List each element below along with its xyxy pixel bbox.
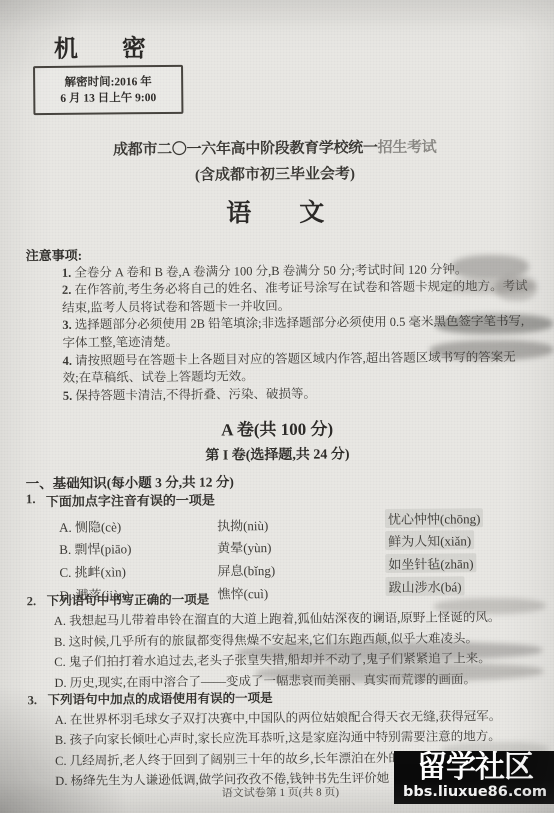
option-cell: 执拗(niù) (217, 514, 385, 534)
exam-title-main: 成都市二〇一六年高中阶段教育学校统一 (113, 140, 378, 158)
notice-block: 注意事项: 1. 全卷分 A 卷和 B 卷,A 卷满分 100 分,B 卷满分 … (26, 243, 529, 406)
question-2: 2. 下列语句中书写正确的一项是 A. 我想起马儿带着串铃在溜直的大道上跑着,狐… (27, 587, 548, 694)
option-cell: 屏息(bǐng) (217, 559, 385, 579)
notice-item: 2. 在作答前,考生务必将自己的姓名、准考证号涂写在试卷和答题卡规定的地方。考试… (26, 278, 528, 318)
option-cell: 黄晕(yùn) (217, 536, 385, 556)
notice-item-number: 2. (62, 283, 71, 297)
question-number: 2. (27, 591, 47, 612)
question-2-options: A. 我想起马儿带着串铃在溜直的大道上跑着,狐仙姑深夜的谰语,原野上怪诞的风。 … (54, 607, 548, 693)
watermark-logo: 留学社区 bbs.liuxue86.com (394, 751, 554, 804)
option-cell: 鲜为人知(xiǎn) (385, 531, 474, 551)
page-content: 机密 解密时间:2016 年 6 月 13 日上午 9:00 成都市二〇一六年高… (0, 0, 554, 813)
exam-subtitle: (含成都市初三毕业会考) (0, 161, 552, 187)
notice-item-number: 3. (62, 318, 71, 332)
subject-title: 语文 (0, 191, 552, 232)
notice-item-number: 5. (63, 389, 72, 403)
notice-item-text: 保持答题卡清洁,不得折叠、污染、破损等。 (75, 386, 316, 402)
notice-item: 4. 请按照题号在答题卡上各题目对应的答题区域内作答,超出答题区域书写的答案无效… (27, 348, 529, 388)
question-1-stem: 1. 下面加点字注音有误的一项是 (26, 487, 546, 511)
notice-item-number: 4. (63, 353, 72, 367)
notice-item: 5. 保持答题卡清洁,不得折叠、污染、破损等。 (27, 384, 529, 406)
question-stem-text: 下列语句中书写正确的一项是 (47, 590, 210, 612)
option-cell: C. 挑衅(xìn) (59, 561, 217, 581)
option-cell: 忧心忡忡(chōng) (385, 508, 484, 528)
decrypt-time-box: 解密时间:2016 年 6 月 13 日上午 9:00 (33, 65, 183, 115)
watermark-site-url: bbs.liuxue86.com (394, 784, 554, 800)
notice-item-number: 1. (62, 265, 71, 279)
option-cell: B. 剽悍(piāo) (59, 538, 217, 558)
watermark-site-name: 留学社区 (394, 751, 554, 784)
decrypt-time-line1: 解密时间:2016 年 (64, 74, 151, 91)
part-one-heading: 第 I 卷(选择题,共 24 分) (0, 442, 554, 467)
notice-item: 3. 选择题部分必须使用 2B 铅笔填涂;非选择题部分必须使用 0.5 毫米黑色… (26, 313, 528, 353)
question-stem-text: 下面加点字注音有误的一项是 (46, 490, 215, 510)
option-cell: 如坐针毡(zhān) (385, 553, 476, 573)
question-number: 1. (26, 491, 46, 510)
exam-title-faded: 招生考试 (378, 140, 437, 157)
confidential-stamp: 机密 (54, 28, 190, 64)
question-number: 3. (27, 690, 47, 710)
notice-item-text: 选择题部分必须使用 2B 铅笔填涂;非选择题部分必须使用 0.5 毫米黑色签字笔… (62, 314, 524, 350)
exam-paper-scan: 机密 解密时间:2016 年 6 月 13 日上午 9:00 成都市二〇一六年高… (0, 0, 554, 813)
notice-item-text: 在作答前,考生务必将自己的姓名、准考证号涂写在试卷和答题卡规定的地方。考试结束,… (62, 279, 528, 315)
notice-item-text: 全卷分 A 卷和 B 卷,A 卷满分 100 分,B 卷满分 50 分;考试时间… (74, 262, 467, 279)
notice-item-text: 请按照题号在答题卡上各题目对应的答题区域内作答,超出答题区域书写的答案无效;在草… (63, 349, 516, 385)
decrypt-time-line2: 6 月 13 日上午 9:00 (60, 90, 156, 107)
option-cell: A. 恻隐(cè) (59, 515, 217, 535)
question-stem-text: 下列语句中加点的成语使用有误的一项是 (47, 688, 272, 710)
volume-a-heading: A 卷(共 100 分) (0, 413, 554, 443)
exam-title: 成都市二〇一六年高中阶段教育学校统一招生考试 (0, 135, 552, 161)
